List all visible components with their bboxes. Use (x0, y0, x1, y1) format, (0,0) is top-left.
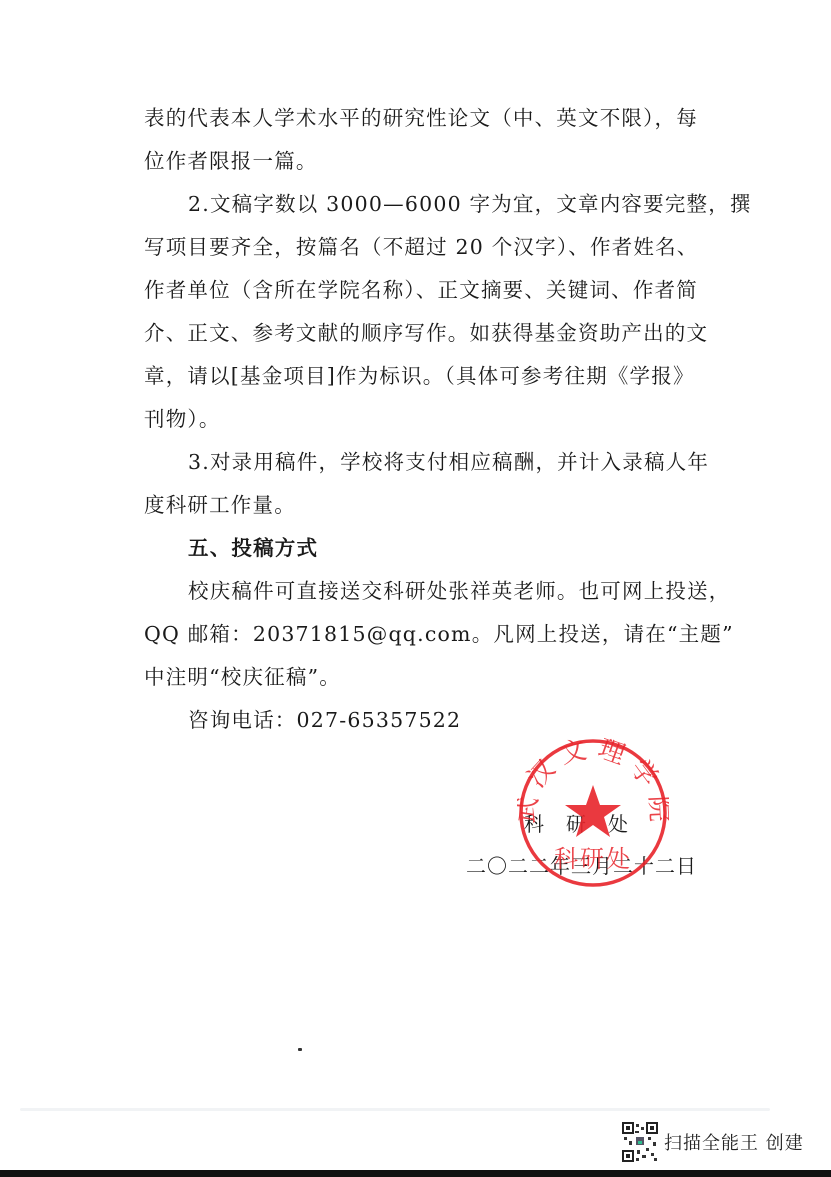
paragraph-line: 中注明“校庆征稿”。 (144, 663, 341, 691)
qr-code-icon (622, 1122, 658, 1162)
paragraph-line: 写项目要齐全，按篇名（不超过 20 个汉字）、作者姓名、 (144, 233, 698, 261)
paragraph-line: QQ 邮箱：20371815@qq.com。凡网上投送，请在“主题” (144, 620, 734, 648)
paragraph-line: 度科研工作量。 (144, 491, 296, 519)
section-heading: 五、投稿方式 (188, 534, 318, 562)
paragraph-line: 作者单位（含所在学院名称）、正文摘要、关键词、作者简 (144, 276, 698, 304)
scanner-watermark: 扫描全能王 创建 (622, 1122, 804, 1162)
paragraph-line: 位作者限报一篇。 (144, 147, 318, 175)
paragraph-line: 章，请以[基金项目]作为标识。（具体可参考往期《学报》 (144, 362, 695, 390)
paragraph-line: 介、正文、参考文献的顺序写作。如获得基金资助产出的文 (144, 319, 708, 347)
contact-phone-line: 咨询电话：027-65357522 (188, 706, 461, 734)
watermark-text: 扫描全能王 创建 (664, 1129, 804, 1155)
document-page: 表的代表本人学术水平的研究性论文（中、英文不限），每 位作者限报一篇。 2.文稿… (0, 0, 831, 1170)
paragraph-line: 校庆稿件可直接送交科研处张祥英老师。也可网上投送， (188, 577, 731, 605)
scan-artifact (298, 1048, 302, 1051)
svg-text:科研处: 科研处 (554, 845, 632, 873)
scan-artifact (20, 1108, 770, 1111)
paragraph-line: 3.对录用稿件，学校将支付相应稿酬，并计入录稿人年 (188, 448, 709, 476)
bottom-border (0, 1170, 831, 1177)
official-seal-icon: 武汉文理学院 科研处 (517, 737, 669, 889)
paragraph-line: 2.文稿字数以 3000—6000 字为宜，文章内容要完整，撰 (188, 190, 752, 218)
paragraph-line: 表的代表本人学术水平的研究性论文（中、英文不限），每 (144, 104, 698, 132)
paragraph-line: 刊物）。 (144, 405, 221, 433)
